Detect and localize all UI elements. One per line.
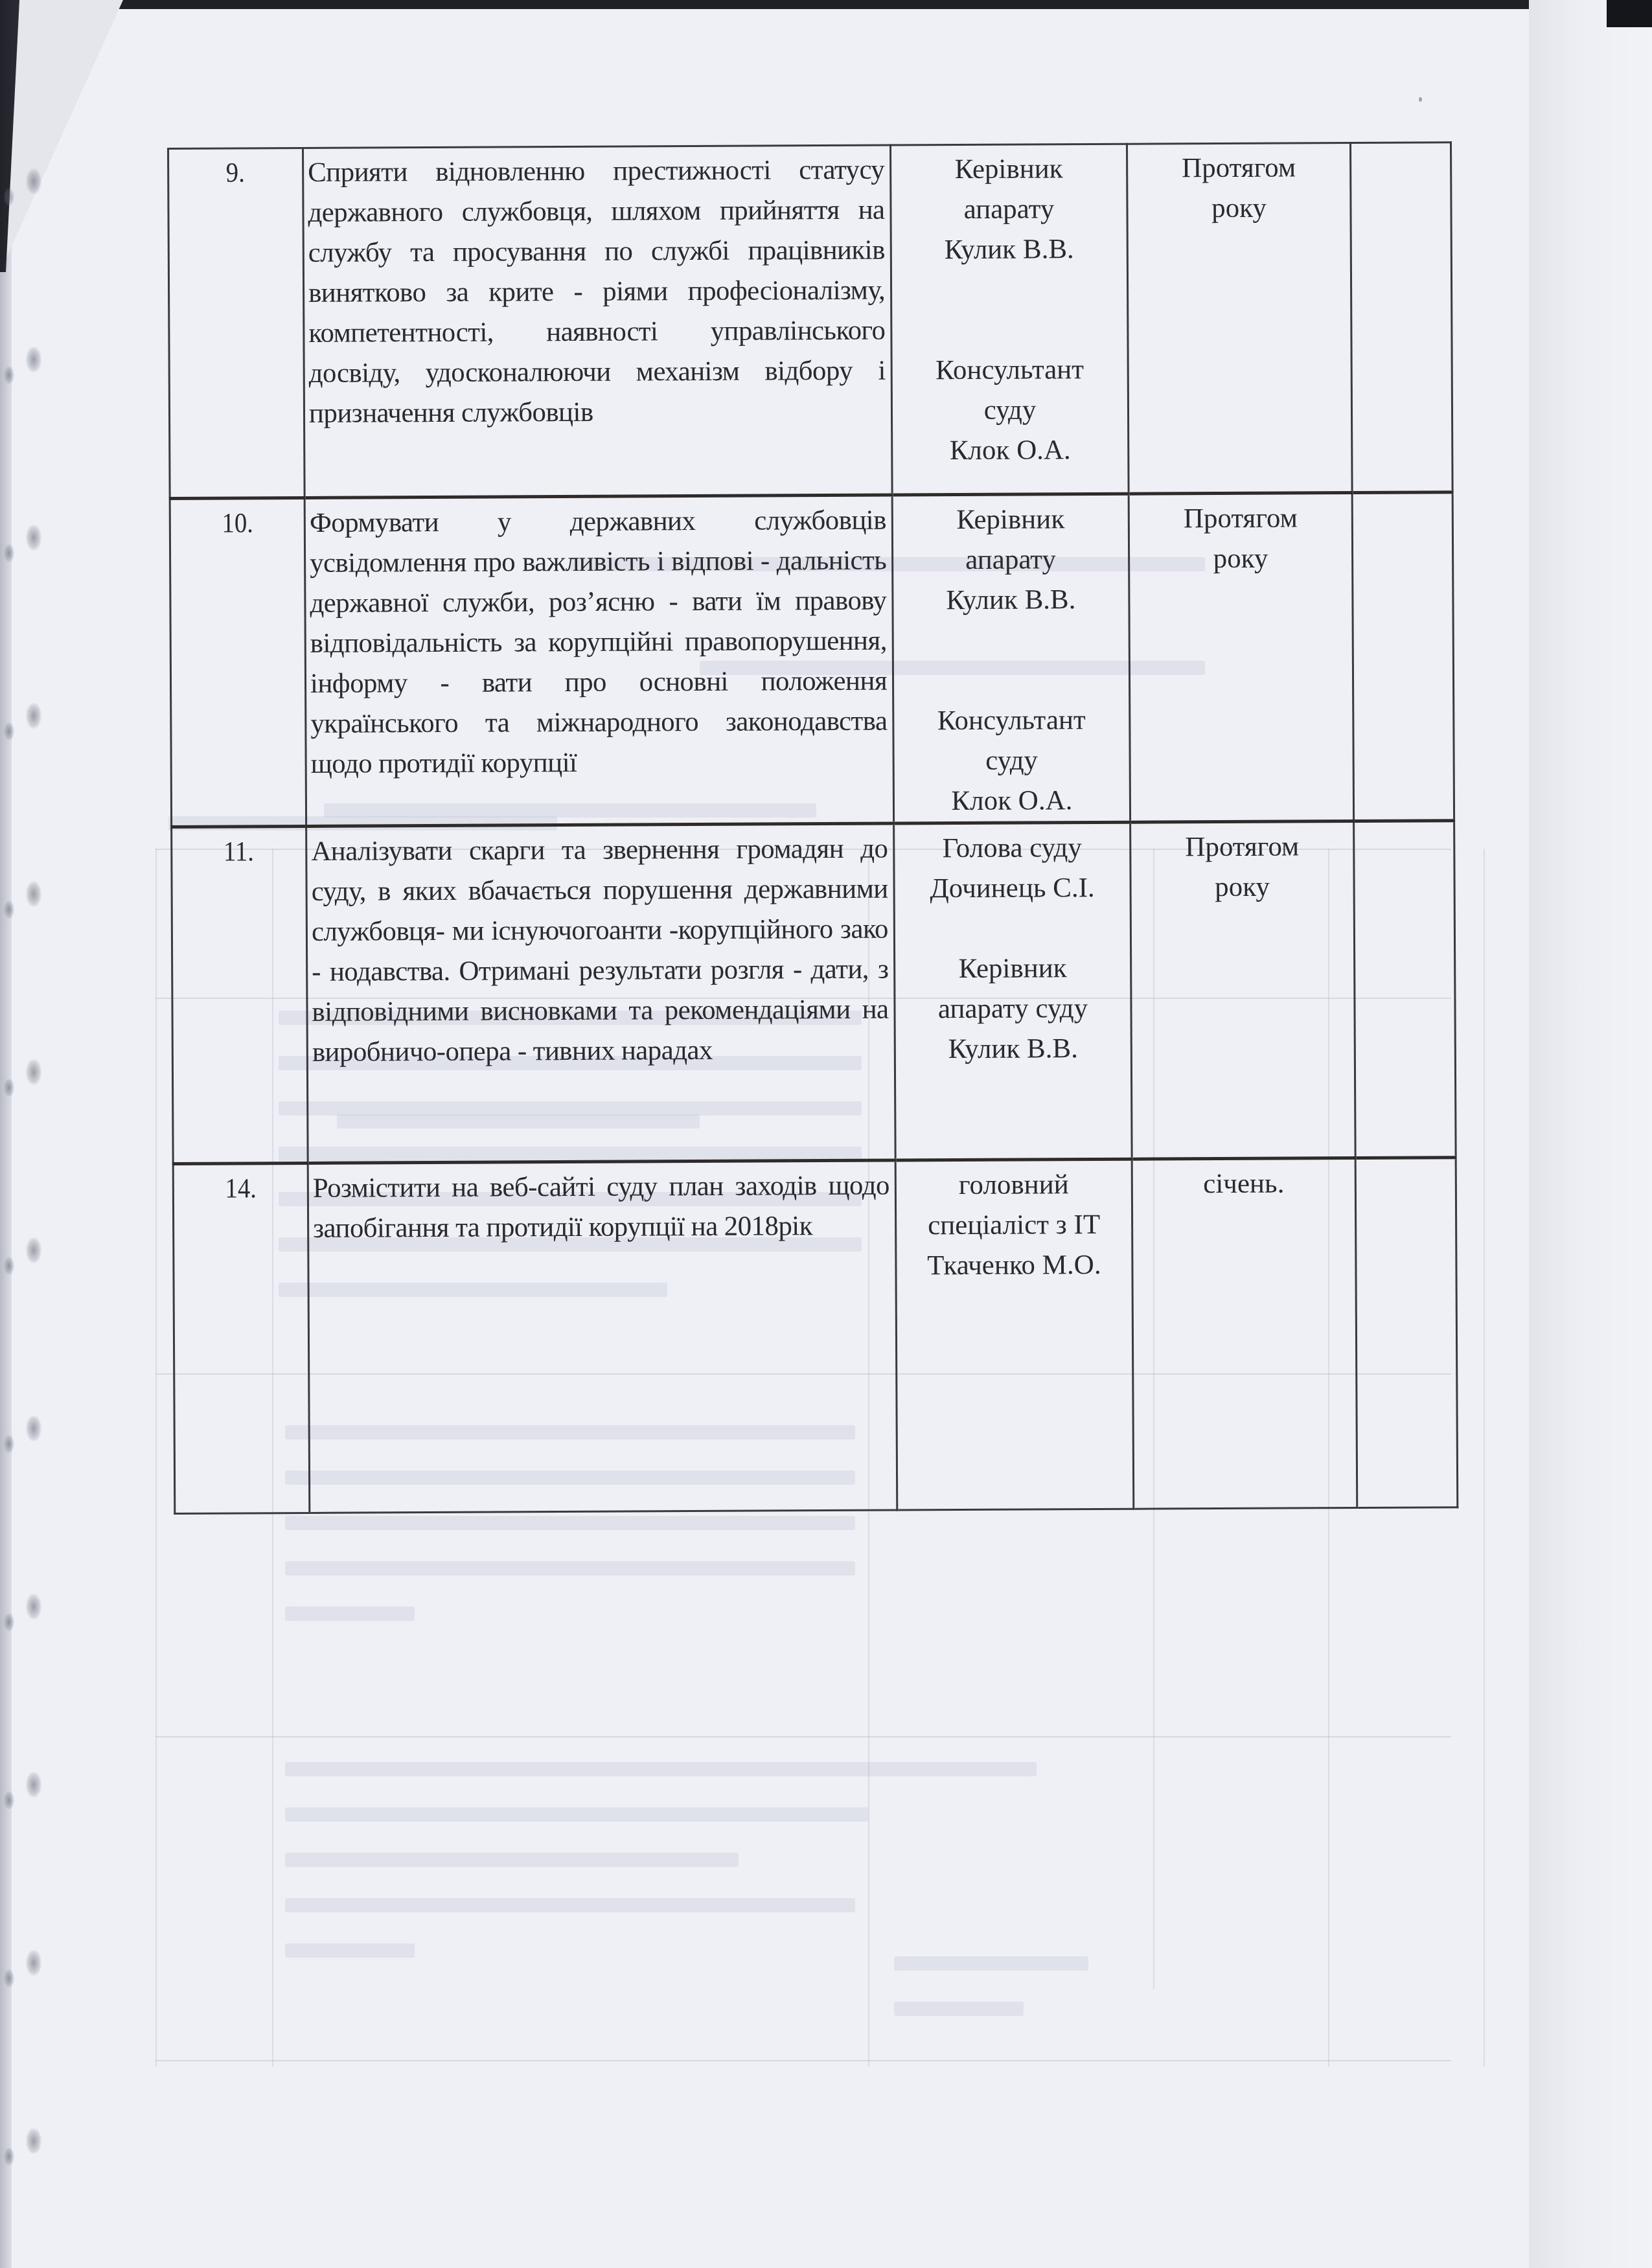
row-number: 10. [222, 503, 253, 544]
responsible-person-line: апарату [891, 189, 1126, 231]
binding-hole-mark [26, 1237, 41, 1263]
measure-cell: Розмістити на веб-сайті суду план заході… [308, 1160, 897, 1513]
responsible-cell: головнийспеціаліст з ІТТкаченко М.О. [895, 1159, 1134, 1510]
binding-hole-mark [26, 2128, 41, 2154]
row-number-cell: 14. [173, 1163, 310, 1513]
show-through-artifact [285, 1807, 868, 1822]
scanner-edge-corner [1607, 0, 1652, 27]
show-through-artifact [155, 2060, 1451, 2061]
show-through-artifact [285, 1516, 855, 1530]
responsible-person-line: суду [894, 740, 1129, 782]
responsible-person-line: Кулик В.В. [892, 229, 1127, 271]
notes-cell [1352, 492, 1454, 821]
anti-corruption-plan-table: 9. Сприяти відновленню престижності стат… [167, 141, 1458, 1515]
responsible-person-line: спеціаліст з ІТ [897, 1205, 1131, 1246]
row-number-cell: 11. [172, 826, 308, 1163]
responsible-person-line: Кулик В.В. [893, 580, 1128, 621]
deadline-line: Протягом [1131, 827, 1353, 868]
binding-hole-mark [4, 1969, 14, 1987]
show-through-artifact [285, 1607, 415, 1621]
measure-text: Формувати у державних службовців усвідом… [310, 505, 888, 779]
binding-hole-mark [26, 1415, 41, 1441]
binding-hole-mark [26, 168, 41, 194]
binding-hole-mark [4, 1791, 14, 1809]
notes-cell [1354, 821, 1456, 1158]
binding-hole-mark [4, 1435, 14, 1453]
binding-hole-mark [26, 1950, 41, 1976]
show-through-artifact [285, 1561, 855, 1575]
binding-hole-mark [26, 881, 41, 907]
responsible-person-line: Керівник [893, 499, 1128, 541]
responsible-person-line: Консультант [894, 700, 1129, 742]
deadline-cell: Протягомроку [1129, 493, 1353, 823]
binding-hole-mark [4, 366, 14, 384]
measure-cell: Сприяти відновленню престижності статусу… [303, 145, 893, 498]
binding-hole-mark [26, 703, 41, 729]
show-through-artifact [894, 1956, 1088, 1971]
show-through-artifact [285, 1943, 415, 1958]
show-through-artifact [285, 1853, 739, 1867]
row-number-cell: 9. [168, 148, 305, 498]
deadline-line: січень. [1133, 1163, 1355, 1205]
show-through-artifact [155, 1736, 1451, 1737]
show-through-artifact [285, 1762, 1037, 1776]
responsible-person-line: Клок О.А. [893, 430, 1127, 472]
binding-hole-mark [4, 1079, 14, 1097]
deadline-cell: Протягомроку [1130, 821, 1356, 1160]
responsible-spacer [895, 908, 1130, 950]
responsible-person-line: апарату суду [895, 989, 1130, 1030]
measure-cell: Формувати у державних службовців усвідом… [304, 495, 893, 826]
binding-hole-mark [4, 1257, 14, 1275]
binding-hole-mark [4, 900, 14, 919]
table-row: 14. Розмістити на веб-сайті суду план за… [173, 1158, 1458, 1514]
responsible-person-line: суду [893, 390, 1127, 431]
responsible-cell: КерівникапаратуКулик В.В.Консультантсуду… [890, 144, 1129, 495]
binding-hole-mark [26, 1059, 41, 1085]
responsible-spacer [894, 620, 1129, 702]
notes-cell [1350, 143, 1452, 493]
table-row: 10. Формувати у державних службовців усв… [170, 492, 1454, 827]
deadline-line: Протягом [1130, 498, 1351, 540]
show-through-artifact [1484, 849, 1485, 2067]
row-number-cell: 10. [170, 498, 306, 827]
deadline-line: року [1131, 867, 1353, 908]
responsible-cell: КерівникапаратуКулик В.В.Консультантсуду… [892, 494, 1130, 823]
responsible-person-line: Керівник [891, 149, 1126, 190]
responsible-person-line: Голова суду [895, 828, 1129, 869]
measure-cell: Аналізувати скарги та звернення громадян… [306, 823, 896, 1163]
responsible-spacer [892, 269, 1127, 351]
binding-hole-mark [26, 525, 41, 551]
row-number: 11. [224, 832, 254, 872]
show-through-artifact [285, 1898, 855, 1912]
table-row: 11. Аналізувати скарги та звернення гром… [172, 821, 1456, 1164]
measure-text: Аналізувати скарги та звернення громадян… [311, 834, 888, 1068]
notes-cell [1355, 1158, 1458, 1508]
deadline-line: Протягом [1128, 148, 1349, 189]
binding-edge [0, 0, 12, 2268]
responsible-person-line: головний [897, 1165, 1131, 1206]
responsible-person-line: Клок О.А. [895, 781, 1129, 822]
deadline-line: року [1130, 538, 1351, 580]
responsible-person-line: Керівник [895, 948, 1130, 990]
show-through-artifact [894, 2002, 1024, 2016]
deadline-cell: січень. [1132, 1158, 1357, 1509]
table-row: 9. Сприяти відновленню престижності стат… [168, 143, 1453, 499]
deadline-cell: Протягомроку [1127, 143, 1352, 494]
responsible-person-line: Ткаченко М.О. [897, 1245, 1131, 1287]
binding-hole-mark [26, 1772, 41, 1798]
binding-hole-mark [26, 1594, 41, 1620]
binding-hole-mark [4, 188, 14, 206]
dust-speck [1419, 97, 1422, 102]
row-number: 9. [226, 153, 245, 193]
responsible-person-line: апарату [893, 540, 1128, 581]
binding-hole-mark [4, 544, 14, 562]
binding-hole-mark [26, 347, 41, 372]
responsible-cell: Голова судуДочинець С.І.Керівникапарату … [894, 822, 1132, 1160]
scanner-edge-top [0, 0, 1652, 9]
measure-text: Сприяти відновленню престижності статусу… [308, 155, 886, 429]
row-number: 14. [225, 1169, 257, 1209]
binding-hole-mark [4, 2148, 14, 2166]
deadline-line: року [1128, 188, 1349, 229]
scanner-edge-right [1529, 0, 1652, 2268]
responsible-person-line: Консультант [893, 350, 1127, 391]
responsible-person-line: Кулик В.В. [896, 1029, 1130, 1070]
responsible-person-line: Дочинець С.І. [895, 868, 1129, 910]
binding-hole-mark [4, 722, 14, 740]
binding-hole-mark [4, 1613, 14, 1631]
show-through-artifact [155, 849, 157, 2067]
measure-text: Розмістити на веб-сайті суду план заході… [313, 1171, 889, 1244]
